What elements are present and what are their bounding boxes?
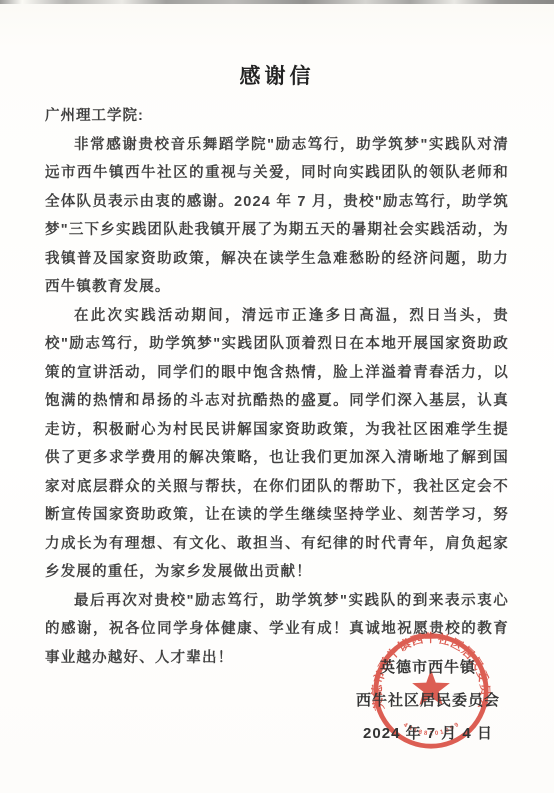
salutation: 广州理工学院:: [45, 102, 509, 131]
signature-block: 英德市西牛镇 西牛社区居民委员会 2024 年 7 月 4 日: [336, 651, 520, 750]
letter-content: 感谢信 广州理工学院: 非常感谢贵校音乐舞蹈学院"励志笃行，助学筑梦"实践队对清…: [0, 0, 554, 672]
paragraph-1: 非常感谢贵校音乐舞蹈学院"励志笃行，助学筑梦"实践队对清远市西牛镇西牛社区的重视…: [45, 131, 509, 302]
signature-org-line1: 英德市西牛镇: [336, 651, 520, 684]
signature-date: 2024 年 7 月 4 日: [336, 717, 520, 750]
letter-page: 感谢信 广州理工学院: 非常感谢贵校音乐舞蹈学院"励志笃行，助学筑梦"实践队对清…: [0, 0, 554, 793]
paragraph-2: 在此次实践活动期间，清远市正逢多日高温，烈日当头，贵校"励志笃行，助学筑梦"实践…: [45, 302, 509, 587]
letter-title: 感谢信: [45, 62, 509, 92]
signature-org-line2: 西牛社区居民委员会: [336, 684, 520, 717]
